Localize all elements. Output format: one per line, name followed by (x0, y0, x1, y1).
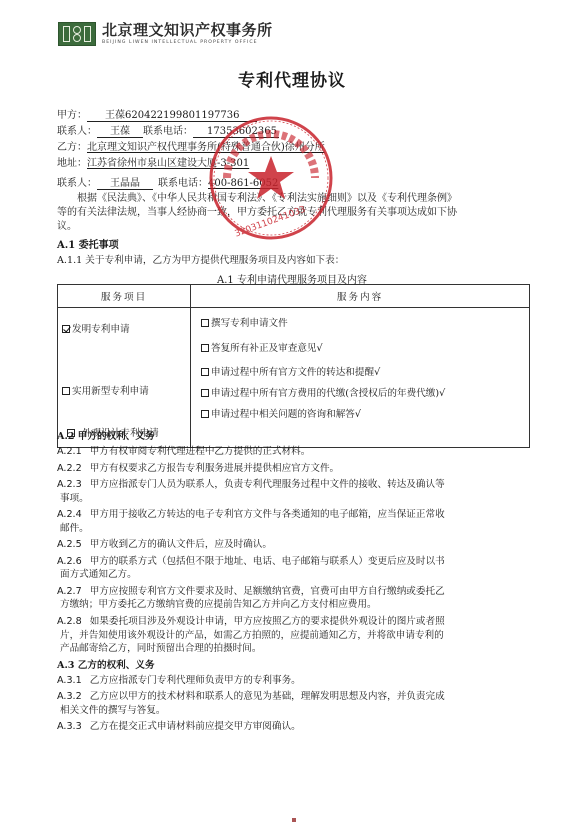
table-header-row: 服务项目 服务内容 (58, 285, 530, 308)
clause-line: A.2.5甲方收到乙方的确认文件后，应及时确认。 (57, 538, 527, 552)
clause-line: A.3.2乙方应以甲方的技术材料和联系人的意见为基础，理解发明思想及内容，并负责… (57, 690, 527, 704)
service-item-label: 发明专利申请 (72, 324, 130, 335)
service-item-option[interactable]: 发明专利申请 (62, 321, 130, 335)
party-b-label: 乙方： (57, 142, 87, 153)
clause-text: 乙方在提交正式申请材料前应提交甲方审阅确认。 (90, 721, 301, 732)
clause-text: 甲方应指派专门人员为联系人，负责专利代理服务过程中文件的接收、转达及确认等 (90, 479, 445, 490)
preamble-line-2: 等的有关法律法规，当事人经协商一致，甲方委托乙方就专利代理服务有关事项达成如下协 (57, 206, 527, 220)
clause-line: A.2.1甲方有权审阅专利代理进程中乙方提供的正式材料。 (57, 445, 527, 459)
service-content-option[interactable]: 申请过程中相关问题的咨询和解答√ (201, 406, 361, 420)
clause-text: 产品邮寄给乙方，同时预留出合理的拍摄时间。 (60, 643, 261, 654)
party-b-value: 北京理文知识产权代理事务所(特殊普通合伙)徐州分所 (87, 142, 325, 153)
service-content-option[interactable]: 答复所有补正及审查意见√ (201, 340, 323, 354)
preamble-line-3: 议。 (57, 220, 527, 234)
party-b-contact-value: 王晶晶 (97, 178, 153, 190)
section-a1-heading: A.1 委托事项 (57, 239, 527, 253)
clause-text: 邮件。 (60, 523, 89, 534)
party-a-phone-label: 联系电话： (143, 126, 193, 137)
table-header-service-content: 服务内容 (191, 285, 530, 308)
service-content-label: 申请过程中所有官方费用的代缴(含授权后的年费代缴)√ (211, 388, 445, 399)
clause-number: A.2.6 (57, 556, 82, 567)
clause-line: A.2.8如果委托项目涉及外观设计申请，甲方应按照乙方的要求提供外观设计的图片或… (57, 615, 527, 629)
clause-line: 产品邮寄给乙方，同时预留出合理的拍摄时间。 (57, 642, 530, 656)
party-a-contact-line: 联系人：王葆联系电话：17353602365 (57, 125, 279, 138)
service-contents-cell: 撰写专利申请文件答复所有补正及审查意见√申请过程中所有官方文件的转达和提醒√申请… (192, 309, 528, 446)
clause-number: A.3.1 (57, 675, 82, 686)
clause-line: A.2.4甲方用于接收乙方转达的电子专利官方文件与各类通知的电子邮箱，应当保证正… (57, 508, 527, 522)
service-content-label: 申请过程中所有官方文件的转达和提醒√ (211, 367, 380, 378)
clause-text: 面方式通知乙方。 (60, 569, 137, 580)
service-content-label: 申请过程中相关问题的咨询和解答√ (211, 409, 361, 420)
clause-text: 事项。 (60, 493, 89, 504)
service-content-option[interactable]: 申请过程中所有官方文件的转达和提醒√ (201, 364, 380, 378)
party-a-phone-value: 17353602365 (193, 126, 279, 138)
table-header-service-item: 服务项目 (58, 285, 191, 308)
checkbox-icon[interactable] (62, 387, 70, 395)
service-item-label: 实用新型专利申请 (72, 386, 149, 397)
party-b-phone-value: 400-861-6052 (208, 178, 278, 189)
clause-number: A.2.7 (57, 586, 82, 597)
party-b-address-line: 地址：江苏省徐州市泉山区建设大厦-3-301 (57, 157, 249, 170)
clause-text: 如果委托项目涉及外观设计申请，甲方应按照乙方的要求提供外观设计的图片或者照 (90, 616, 445, 627)
preamble-line-1: 根据《民法典》、《中华人民共和国专利法》、《专利法实施细则》以及《专利代理条例》 (57, 192, 527, 206)
clause-line: A.2.3甲方应指派专门人员为联系人，负责专利代理服务过程中文件的接收、转达及确… (57, 478, 527, 492)
item-a1-1: A.1.1 关于专利申请，乙方为甲方提供代理服务项目及内容如下表： (57, 254, 527, 268)
clause-number: A.2.2 (57, 463, 82, 474)
party-a-line: 甲方：王葆620422199801197736 (57, 109, 257, 122)
checkbox-icon[interactable] (201, 368, 209, 376)
firm-name-en: BEIJING LIWEN INTELLECTUAL PROPERTY OFFI… (102, 39, 273, 46)
table-row: 发明专利申请实用新型专利申请外观设计专利申请 撰写专利申请文件答复所有补正及审查… (58, 308, 530, 448)
clause-line: A.3.3乙方在提交正式申请材料前应提交甲方审阅确认。 (57, 720, 527, 734)
checkbox-icon[interactable] (201, 344, 209, 352)
clause-line: 邮件。 (57, 522, 530, 536)
party-b-address-value: 江苏省徐州市泉山区建设大厦-3-301 (87, 158, 249, 169)
clause-line: 事项。 (57, 492, 530, 506)
page-number-mark (292, 818, 296, 822)
clause-line: A.2.2甲方有权要求乙方报告专利服务进展并提供相应官方文件。 (57, 462, 527, 476)
party-a-value: 王葆620422199801197736 (87, 110, 257, 122)
service-content-option[interactable]: 撰写专利申请文件 (201, 315, 288, 329)
clause-text: 方缴纳；甲方委托乙方缴纳官费的应提前告知乙方并向乙方支付相应费用。 (60, 599, 377, 610)
section-a3-heading: A.3 乙方的权利、义务 (57, 659, 527, 673)
service-table: 服务项目 服务内容 发明专利申请实用新型专利申请外观设计专利申请 撰写专利申请文… (57, 284, 530, 448)
party-b-contact-line: 联系人：王晶晶联系电话：400-861-6052 (57, 177, 278, 190)
party-b-line: 乙方：北京理文知识产权代理事务所(特殊普通合伙)徐州分所 (57, 141, 325, 154)
service-content-label: 撰写专利申请文件 (211, 318, 288, 329)
firm-name-cn: 北京理文知识产权事务所 (102, 22, 273, 39)
checkbox-icon[interactable] (201, 410, 209, 418)
clause-line: A.2.7甲方应按照专利官方文件要求及时、足额缴纳官费，官费可由甲方自行缴纳或委… (57, 585, 527, 599)
clause-text: 甲方有权要求乙方报告专利服务进展并提供相应官方文件。 (90, 463, 339, 474)
service-item-option[interactable]: 实用新型专利申请 (62, 383, 149, 397)
clause-text: 乙方应指派专门专利代理师负责甲方的专利事务。 (90, 675, 301, 686)
clause-line: 片，并告知使用该外观设计的产品，如需乙方拍照的，应提前通知乙方，并将欲申请专利的 (57, 629, 530, 643)
party-b-contact-label: 联系人： (57, 178, 97, 189)
clause-number: A.2.8 (57, 616, 82, 627)
service-content-label: 答复所有补正及审查意见√ (211, 343, 323, 354)
party-b-address-label: 地址： (57, 158, 87, 169)
clause-text: 甲方有权审阅专利代理进程中乙方提供的正式材料。 (90, 446, 311, 457)
clause-number: A.2.1 (57, 446, 82, 457)
clause-line: A.3.1乙方应指派专门专利代理师负责甲方的专利事务。 (57, 674, 527, 688)
clause-number: A.3.3 (57, 721, 82, 732)
firm-logo: 北京理文知识产权事务所 BEIJING LIWEN INTELLECTUAL P… (58, 21, 273, 47)
party-a-label: 甲方： (57, 110, 87, 121)
service-items-cell: 发明专利申请实用新型专利申请外观设计专利申请 (59, 309, 189, 446)
service-content-option[interactable]: 申请过程中所有官方费用的代缴(含授权后的年费代缴)√ (201, 385, 445, 399)
checkbox-icon[interactable] (201, 319, 209, 327)
section-a2-heading: A.2 甲方的权利、义务 (57, 430, 527, 444)
clause-text: 甲方应按照专利官方文件要求及时、足额缴纳官费，官费可由甲方自行缴纳或委托乙 (90, 586, 445, 597)
clause-text: 相关文件的撰写与答复。 (60, 705, 166, 716)
clause-text: 甲方收到乙方的确认文件后，应及时确认。 (90, 539, 272, 550)
checkbox-icon[interactable] (201, 389, 209, 397)
clause-number: A.2.3 (57, 479, 82, 490)
clause-line: 方缴纳；甲方委托乙方缴纳官费的应提前告知乙方并向乙方支付相应费用。 (57, 598, 530, 612)
party-a-contact-value: 王葆 (97, 126, 143, 138)
clause-text: 片，并告知使用该外观设计的产品，如需乙方拍照的，应提前通知乙方，并将欲申请专利的 (60, 630, 444, 641)
document-title: 专利代理协议 (0, 66, 584, 91)
clause-line: 面方式通知乙方。 (57, 568, 530, 582)
clause-number: A.3.2 (57, 691, 82, 702)
clause-line: A.2.6甲方的联系方式（包括但不限于地址、电话、电子邮箱与联系人）变更后应及时… (57, 555, 527, 569)
clause-text: 甲方的联系方式（包括但不限于地址、电话、电子邮箱与联系人）变更后应及时以书 (90, 556, 445, 567)
clause-number: A.2.4 (57, 509, 82, 520)
clause-number: A.2.5 (57, 539, 82, 550)
party-a-contact-label: 联系人： (57, 126, 97, 137)
clause-line: 相关文件的撰写与答复。 (57, 704, 530, 718)
preamble: 根据《民法典》、《中华人民共和国专利法》、《专利法实施细则》以及《专利代理条例》… (57, 192, 527, 234)
law-firm-logo-icon (58, 22, 96, 46)
clause-text: 甲方用于接收乙方转达的电子专利官方文件与各类通知的电子邮箱，应当保证正常收 (90, 509, 445, 520)
checked-checkbox-icon[interactable] (62, 325, 70, 333)
party-b-phone-label: 联系电话： (158, 178, 208, 189)
clause-text: 乙方应以甲方的技术材料和联系人的意见为基础，理解发明思想及内容，并负责完成 (90, 691, 445, 702)
